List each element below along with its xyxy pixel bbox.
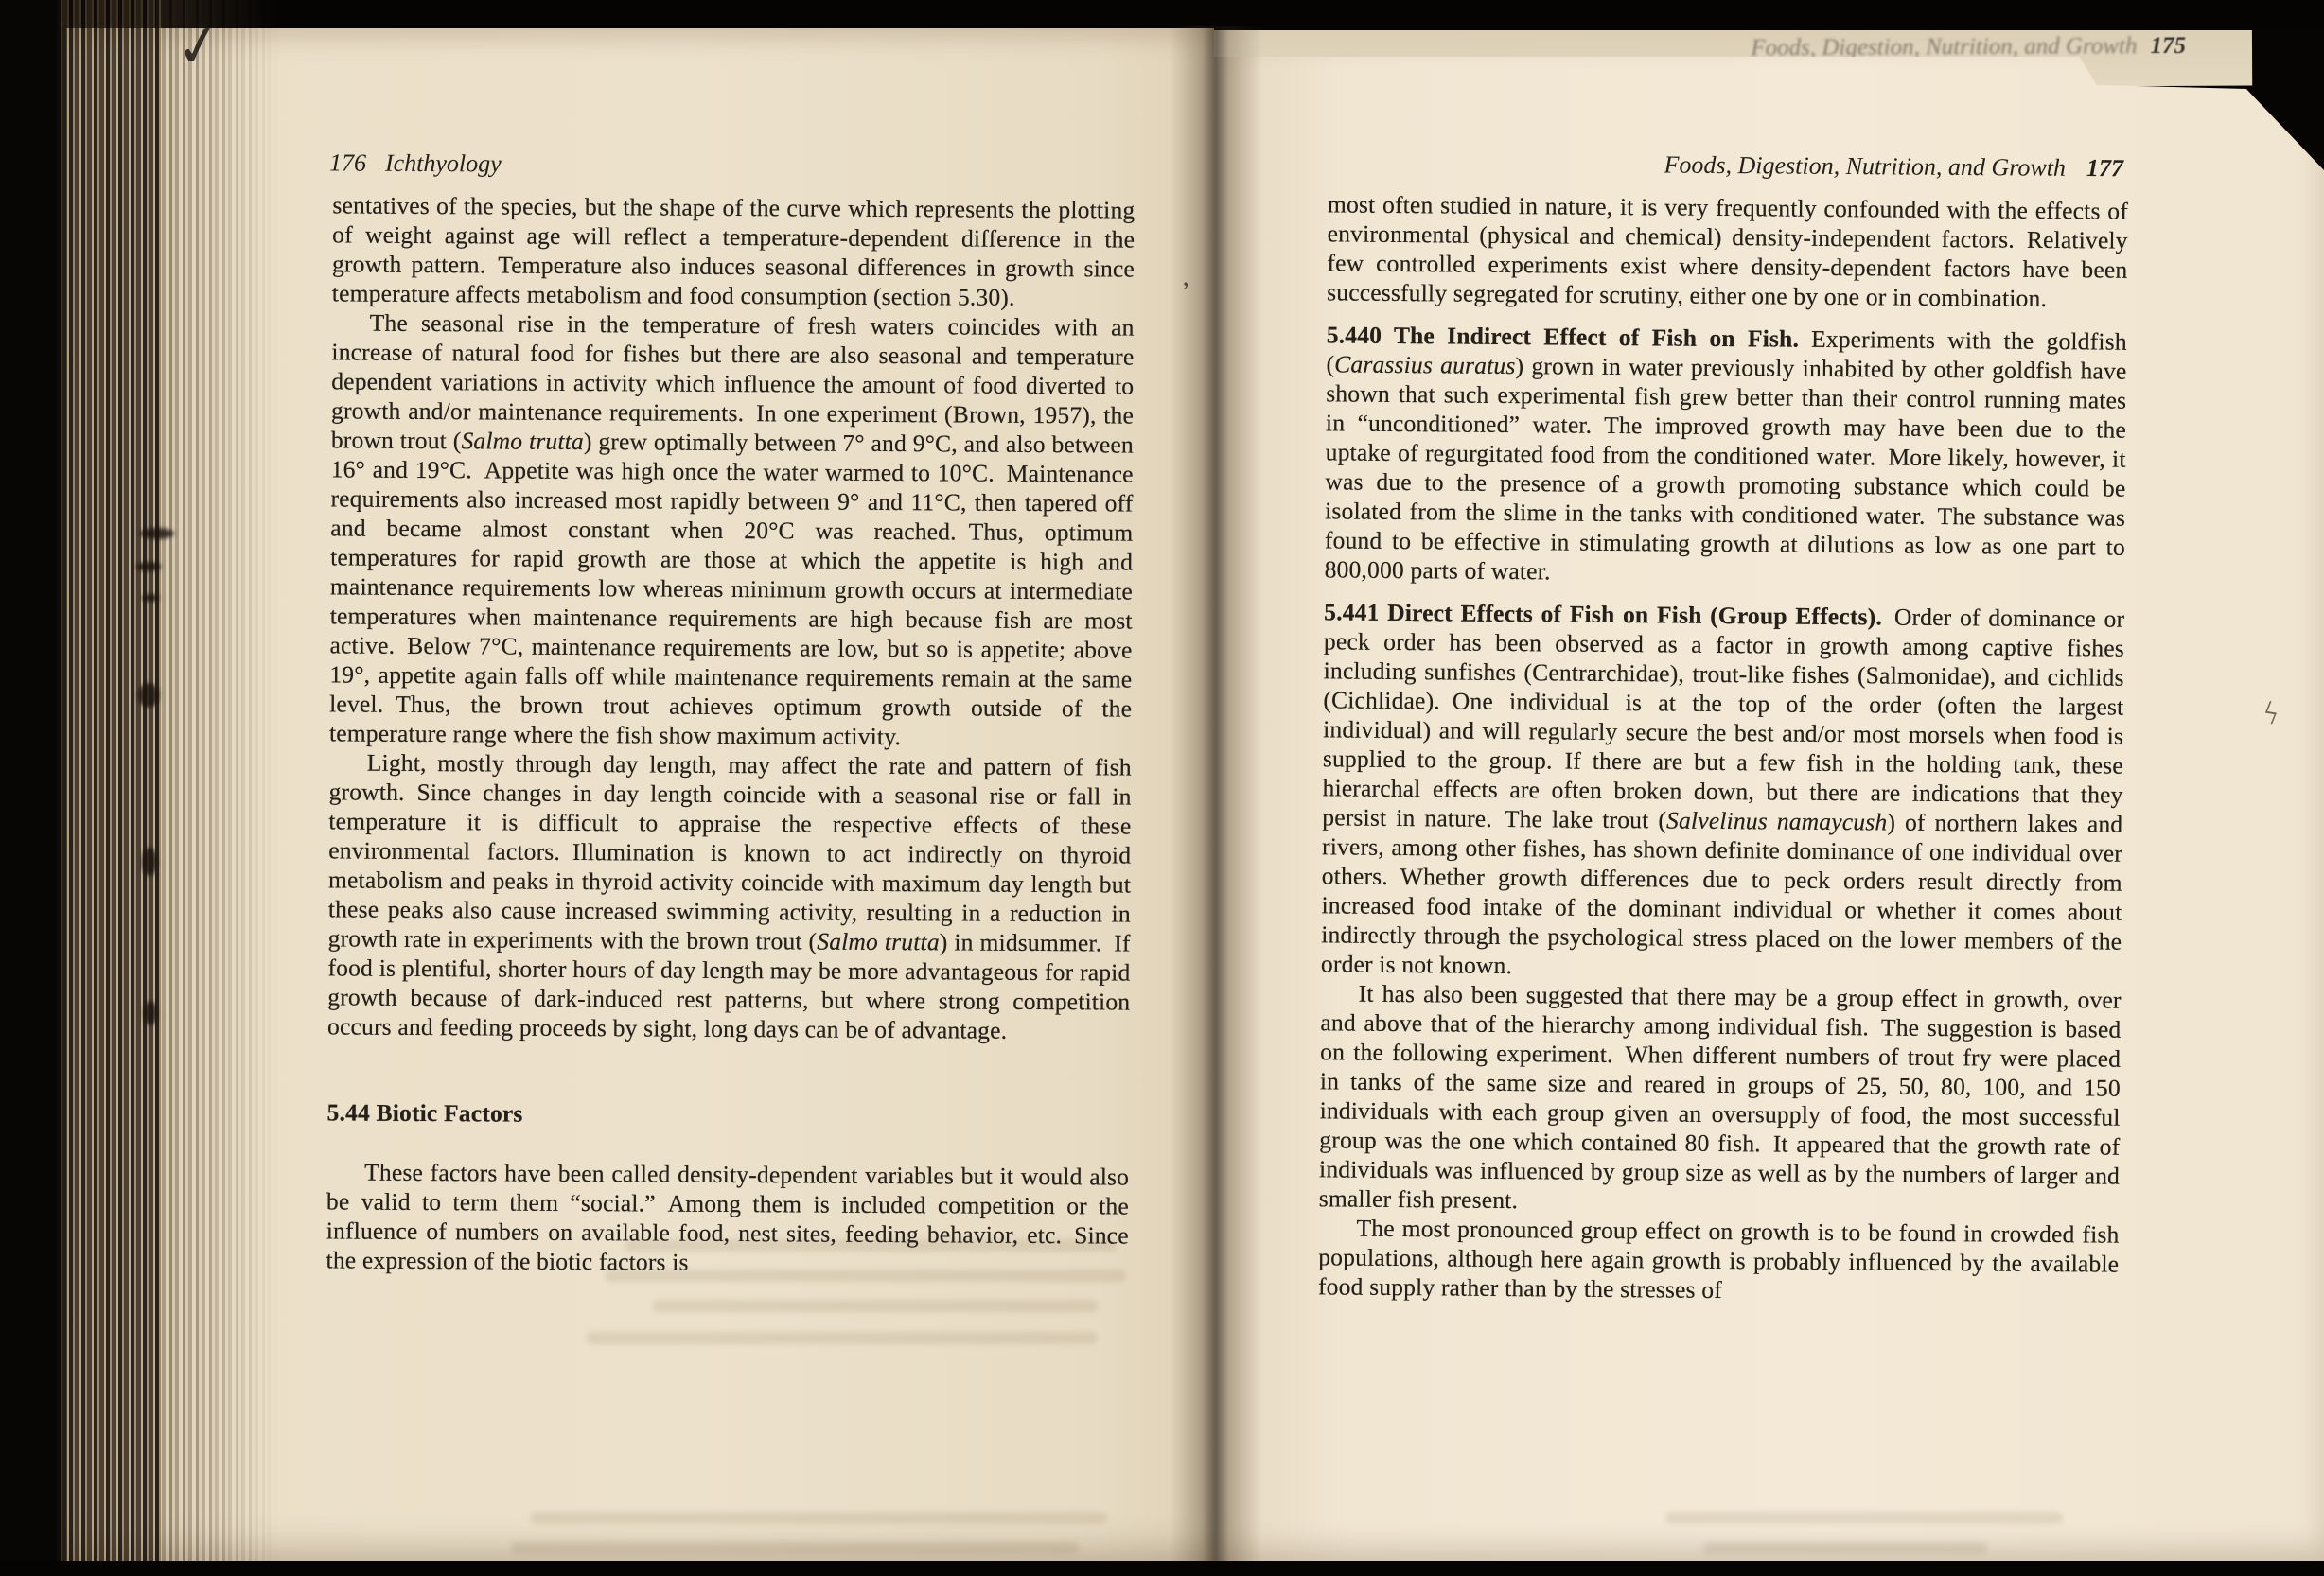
under-page-number: 175 bbox=[2150, 33, 2186, 59]
body-text: Order of dominance or peck order has bee… bbox=[1322, 603, 2124, 833]
left-page-number: 176 bbox=[329, 149, 366, 176]
left-running-title: Ichthyology bbox=[385, 149, 502, 178]
ink-blot bbox=[142, 594, 159, 602]
left-running-head: 176Ichthyology bbox=[329, 149, 1132, 182]
gutter-shadow bbox=[1170, 26, 1262, 1563]
body-text: These factors have been called density-d… bbox=[326, 1159, 1130, 1276]
paragraph: 5.441 Direct Effects of Fish on Fish (Gr… bbox=[1321, 597, 2124, 985]
body-text: most often studied in nature, it is very… bbox=[1327, 190, 2128, 312]
scan-bottom-border bbox=[0, 1561, 2324, 1576]
bold-run-in-heading: 5.440 The Indirect Effect of Fish on Fis… bbox=[1327, 321, 1800, 352]
bold-run-in-heading: 5.441 Direct Effects of Fish on Fish (Gr… bbox=[1324, 598, 1882, 630]
section-heading: 5.44 Biotic Factors bbox=[326, 1097, 1129, 1131]
body-text: ) grew optimally between 7° and 9°C, and… bbox=[329, 428, 1134, 750]
ghost-text-line bbox=[587, 1332, 1098, 1344]
right-page-text: most often studied in nature, it is very… bbox=[1318, 189, 2128, 1307]
ghost-text-line bbox=[1703, 1542, 1987, 1554]
ink-blot bbox=[136, 562, 161, 571]
book-scan: Foods, Digestion, Nutrition, and Growth1… bbox=[0, 0, 2324, 1576]
paragraph: most often studied in nature, it is very… bbox=[1327, 189, 2128, 313]
body-text: The most pronounced group effect on grow… bbox=[1318, 1215, 2120, 1304]
right-page-number: 177 bbox=[2086, 154, 2123, 182]
under-page-header-fragment: Foods, Digestion, Nutrition, and Growth bbox=[1751, 33, 2137, 61]
ghost-text-line bbox=[653, 1300, 1098, 1312]
italic-text: Salvelinus namaycush bbox=[1666, 806, 1888, 835]
ink-blot bbox=[144, 1001, 157, 1025]
ink-blot bbox=[138, 683, 159, 708]
ink-blot bbox=[140, 528, 174, 539]
paragraph: Light, mostly through day length, may af… bbox=[327, 747, 1132, 1045]
paragraph: These factors have been called density-d… bbox=[326, 1157, 1130, 1279]
italic-text: Salmo trutta bbox=[461, 427, 584, 455]
right-running-title: Foods, Digestion, Nutrition, and Growth bbox=[1664, 151, 2066, 182]
ghost-text-line bbox=[1665, 1512, 2063, 1524]
scan-top-border bbox=[0, 0, 2324, 30]
ghost-text-line bbox=[511, 1542, 1079, 1554]
paragraph: sentatives of the species, but the shape… bbox=[332, 190, 1136, 312]
paragraph: It has also been suggested that there ma… bbox=[1319, 978, 2122, 1219]
ghost-text-line bbox=[530, 1512, 1107, 1524]
body-text: Light, mostly through day length, may af… bbox=[328, 749, 1132, 955]
body-text: It has also been suggested that there ma… bbox=[1319, 980, 2122, 1214]
ink-blot bbox=[142, 848, 157, 876]
body-text: ) grown in water previously inhabited by… bbox=[1325, 352, 2127, 585]
italic-text: Salmo trutta bbox=[817, 928, 940, 956]
italic-text: Carassius auratus bbox=[1334, 350, 1516, 379]
left-page-text: sentatives of the species, but the shape… bbox=[326, 190, 1136, 1279]
paragraph: The seasonal rise in the temperature of … bbox=[329, 307, 1135, 752]
stray-tick-mark: ’ bbox=[1181, 276, 1190, 308]
body-text: sentatives of the species, but the shape… bbox=[332, 191, 1136, 310]
paragraph: 5.440 The Indirect Effect of Fish on Fis… bbox=[1325, 320, 2127, 590]
paragraph: The most pronounced group effect on grow… bbox=[1318, 1213, 2120, 1307]
